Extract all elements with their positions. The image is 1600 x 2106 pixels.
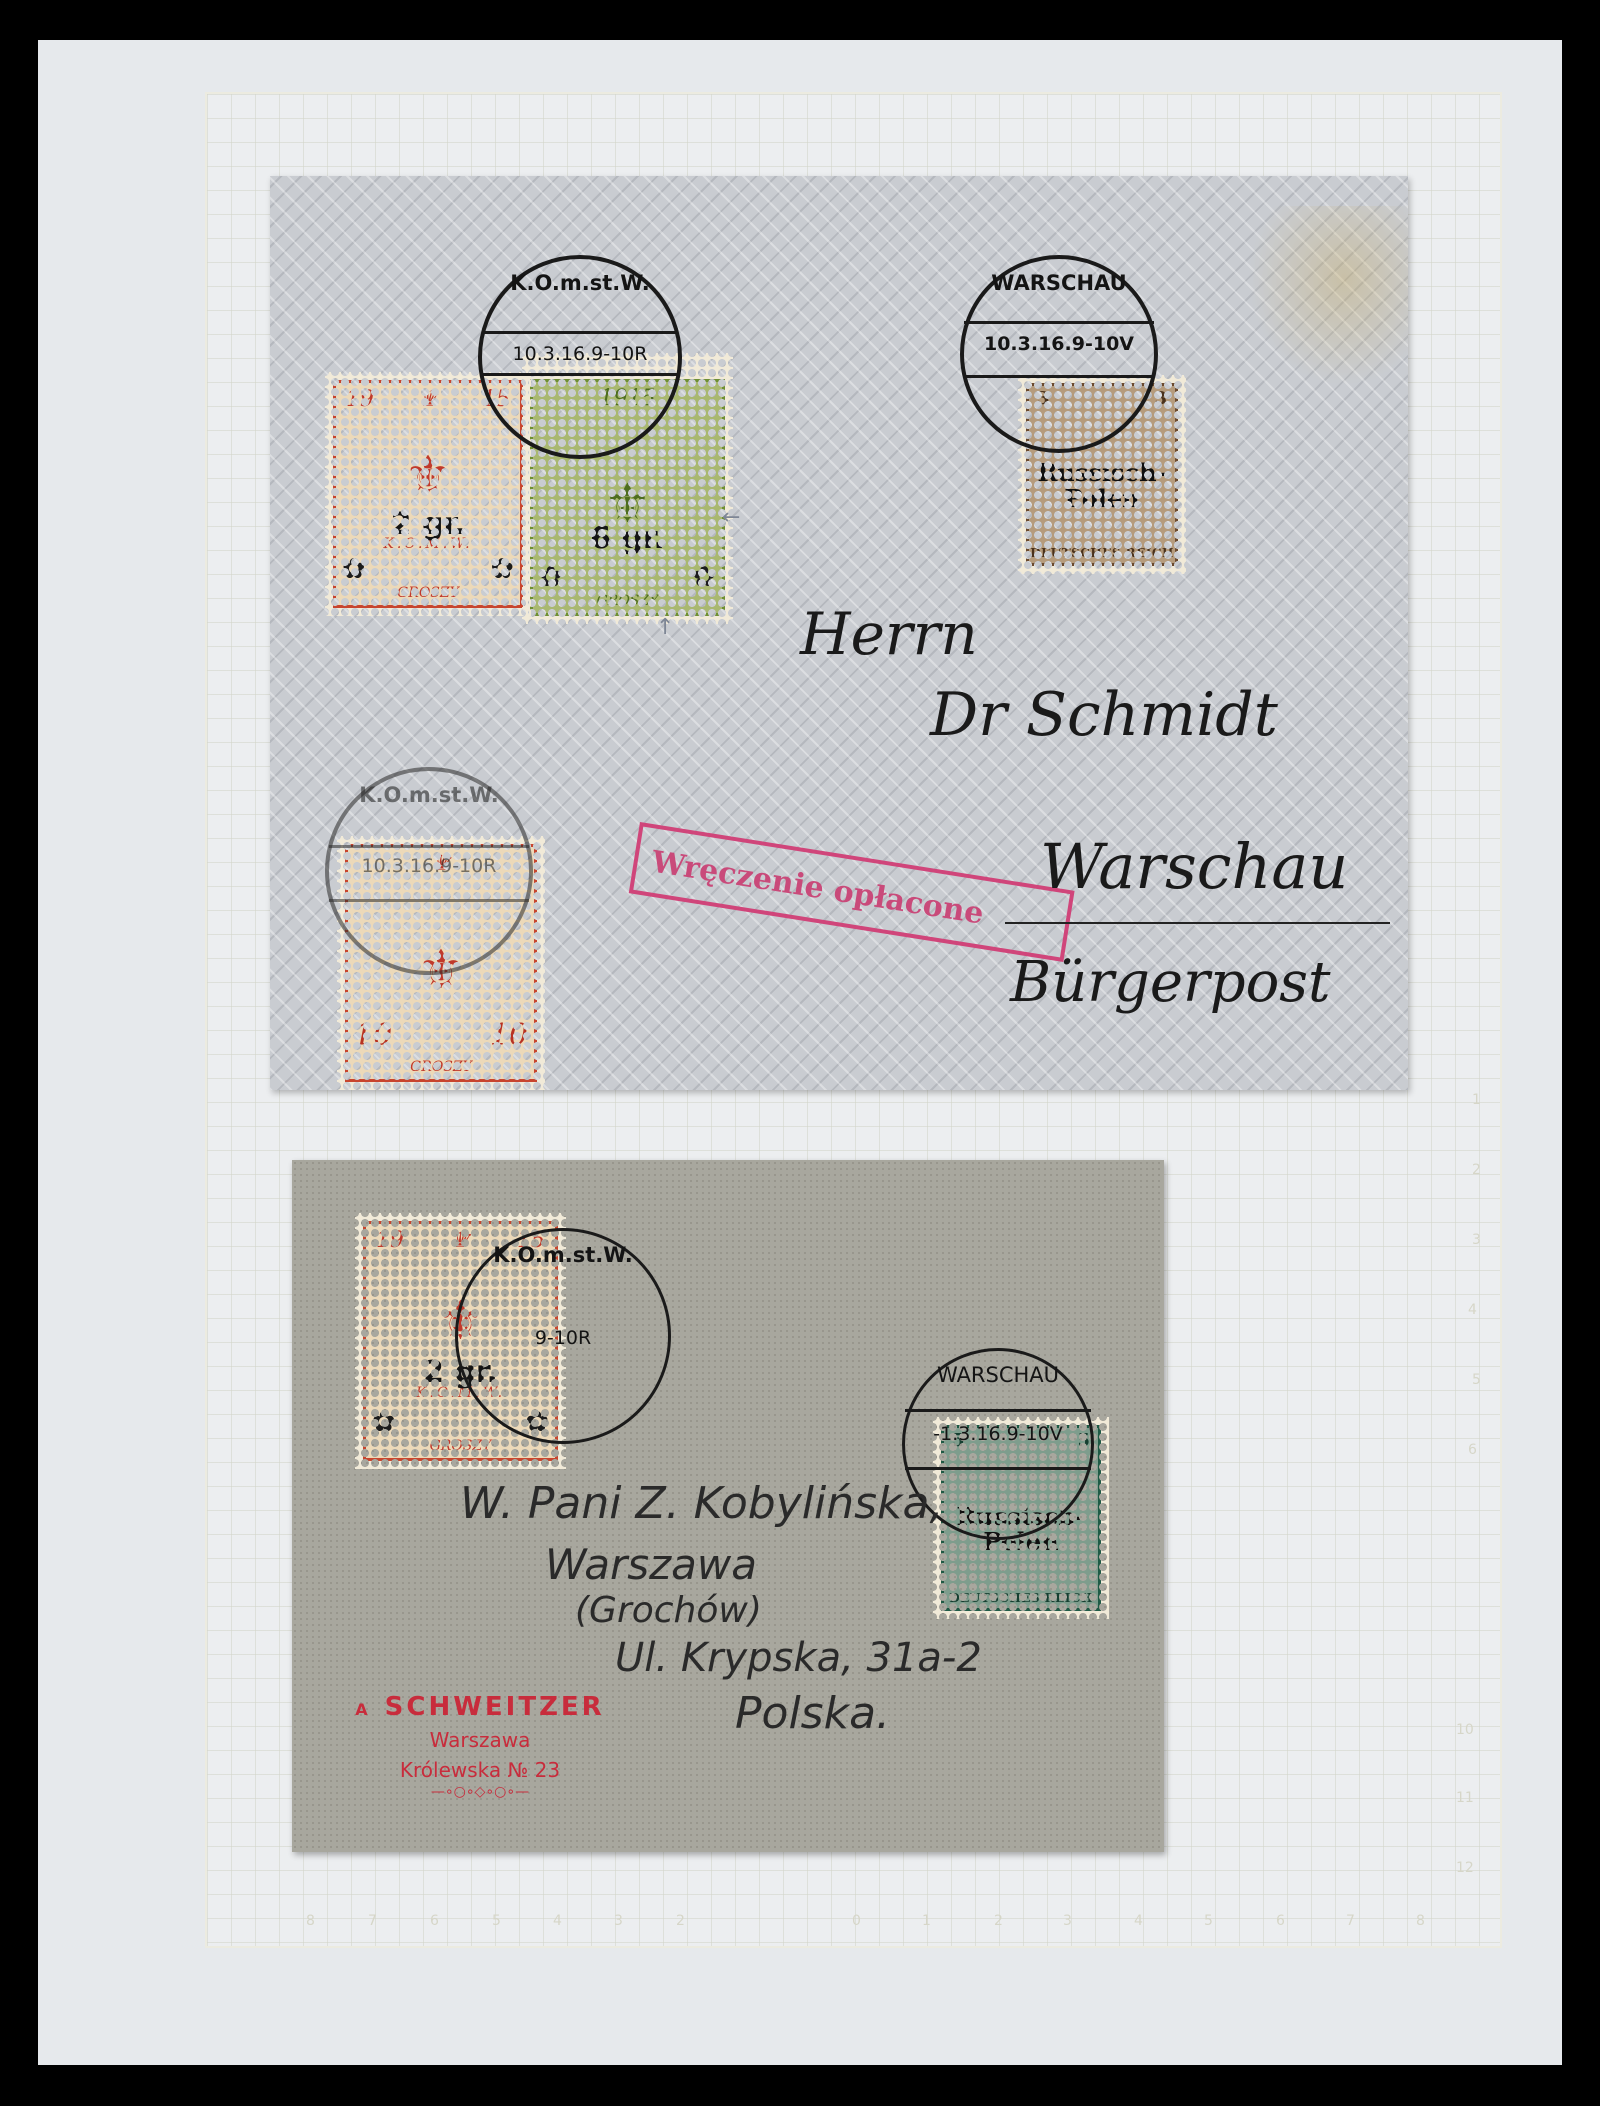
age-stain — [1248, 206, 1408, 386]
postmark-komstw: K.O.m.st.W. 10.3.16.9-10R — [478, 255, 682, 459]
scale-number: 1 — [1472, 1092, 1481, 1108]
address-line: Dr Schmidt — [930, 680, 1278, 750]
rosette-icon: ✿ — [491, 552, 514, 585]
postmark-office: WARSCHAU — [964, 271, 1154, 295]
ornament-divider: —∘○∘◇∘○∘— — [330, 1784, 630, 1800]
scale-number: 12 — [1456, 1860, 1474, 1876]
stamp-value: 3 — [1154, 388, 1167, 409]
stamp-year-left: 19 — [376, 1228, 404, 1253]
surcharge-overprint: 6 gr. — [533, 521, 722, 556]
postmark-bar — [905, 1409, 1091, 1412]
scale-number: 5 — [1472, 1372, 1481, 1388]
scale-number: 10 — [1456, 1722, 1474, 1738]
scale-number: 2 — [676, 1913, 685, 1929]
address-underline — [1005, 922, 1390, 924]
stamp-value: 10 — [354, 1018, 392, 1053]
stamp-currency: GROSZY — [397, 585, 459, 605]
scale-number: 0 — [852, 1913, 861, 1929]
postmark-office: K.O.m.st.W. — [458, 1243, 668, 1267]
postmark-bar — [329, 845, 529, 848]
address-line: Warschau — [1040, 830, 1348, 903]
scale-number: 6 — [1468, 1442, 1477, 1458]
scale-number: 8 — [306, 1913, 315, 1929]
rosette-icon: ✿ — [342, 552, 365, 585]
sender-cachet: ASCHWEITZER Warszawa Królewska № 23 —∘○∘… — [330, 1692, 630, 1800]
scale-number: 5 — [1204, 1913, 1213, 1929]
postmark-bar — [482, 373, 678, 376]
postmark-date: 10.3.16.9-10V — [964, 333, 1154, 355]
address-line: Ul. Krypska, 31a-2 — [615, 1635, 982, 1681]
sender-street: Królewska № 23 — [330, 1758, 630, 1782]
eagle-crest-icon: ⚜ — [404, 449, 452, 503]
postmark-date: 10.3.16.9-10R — [329, 855, 529, 877]
postmark-bar — [329, 899, 529, 902]
stamp-value: 10 — [490, 1018, 528, 1053]
scale-number: 1 — [922, 1913, 931, 1929]
postmark-office: K.O.m.st.W. — [482, 271, 678, 295]
rosette-icon: ✿ — [539, 560, 562, 593]
scale-number: 2 — [994, 1913, 1003, 1929]
sender-initial: A — [355, 1700, 370, 1719]
overprint-line: Polen — [1029, 486, 1175, 511]
scale-number: 7 — [1346, 1913, 1355, 1929]
crown-icon: ♛ — [418, 387, 438, 412]
stamp-country: DEUTSCHES REICH — [1030, 546, 1174, 563]
address-line: Polska. — [735, 1688, 890, 1739]
scale-number: 6 — [1276, 1913, 1285, 1929]
scale-number: 8 — [1416, 1913, 1425, 1929]
scale-number: 7 — [368, 1913, 377, 1929]
address-line: Bürgerpost — [1010, 950, 1331, 1015]
rosette-icon: ✿ — [372, 1405, 395, 1438]
scale-number: 5 — [492, 1913, 501, 1929]
postmark-bar — [482, 331, 678, 334]
surcharge-overprint: 2 gr. — [336, 507, 520, 542]
scale-number: 6 — [430, 1913, 439, 1929]
address-line: Warszawa — [545, 1540, 757, 1589]
postmark-office: WARSCHAU — [905, 1363, 1091, 1387]
postmark-bar — [964, 375, 1154, 378]
scale-number: 3 — [614, 1913, 623, 1929]
scale-number: 11 — [1456, 1790, 1474, 1806]
address-line: Herrn — [800, 600, 978, 668]
sender-city: Warszawa — [330, 1728, 630, 1752]
overprint-line: Russisch- — [1029, 460, 1175, 485]
scale-number: 4 — [553, 1913, 562, 1929]
stamp-currency: GROSZY — [597, 593, 659, 613]
rosette-icon: ✿ — [693, 560, 716, 593]
scale-number: 2 — [1472, 1162, 1481, 1178]
arrow-left-icon: ← — [722, 505, 740, 530]
stamp-currency: GROSZY — [430, 1438, 492, 1458]
postmark-komstw: K.O.m.st.W. 10.3.16.9-10R — [325, 767, 533, 975]
scale-number: 3 — [1472, 1232, 1481, 1248]
postmark-warschau: WARSCHAU 10.3.16.9-10V — [960, 255, 1158, 453]
postmark-bar — [905, 1467, 1091, 1470]
stamp-country: DEUTSCHES REICH — [949, 1591, 1093, 1608]
address-line: (Grochów) — [575, 1590, 762, 1631]
scale-number: 3 — [1063, 1913, 1072, 1929]
scale-number: 4 — [1468, 1302, 1477, 1318]
arrow-up-icon: ↑ — [656, 615, 674, 640]
postmark-date: 9-10R — [458, 1327, 668, 1349]
sender-name: SCHWEITZER — [385, 1692, 605, 1722]
scale-number: 4 — [1134, 1913, 1143, 1929]
postmark-date: -1.3.16.9-10V — [905, 1423, 1091, 1445]
stamp-year-left: 19 — [346, 387, 374, 412]
postmark-bar — [964, 321, 1154, 324]
postmark-date: 10.3.16.9-10R — [482, 343, 678, 365]
address-line: W. Pani Z. Kobylińska, — [460, 1478, 943, 1529]
postmark-office: K.O.m.st.W. — [329, 783, 529, 807]
postmark-komstw: K.O.m.st.W. 9-10R — [455, 1228, 671, 1444]
stamp-currency: GROSZY — [410, 1059, 472, 1079]
